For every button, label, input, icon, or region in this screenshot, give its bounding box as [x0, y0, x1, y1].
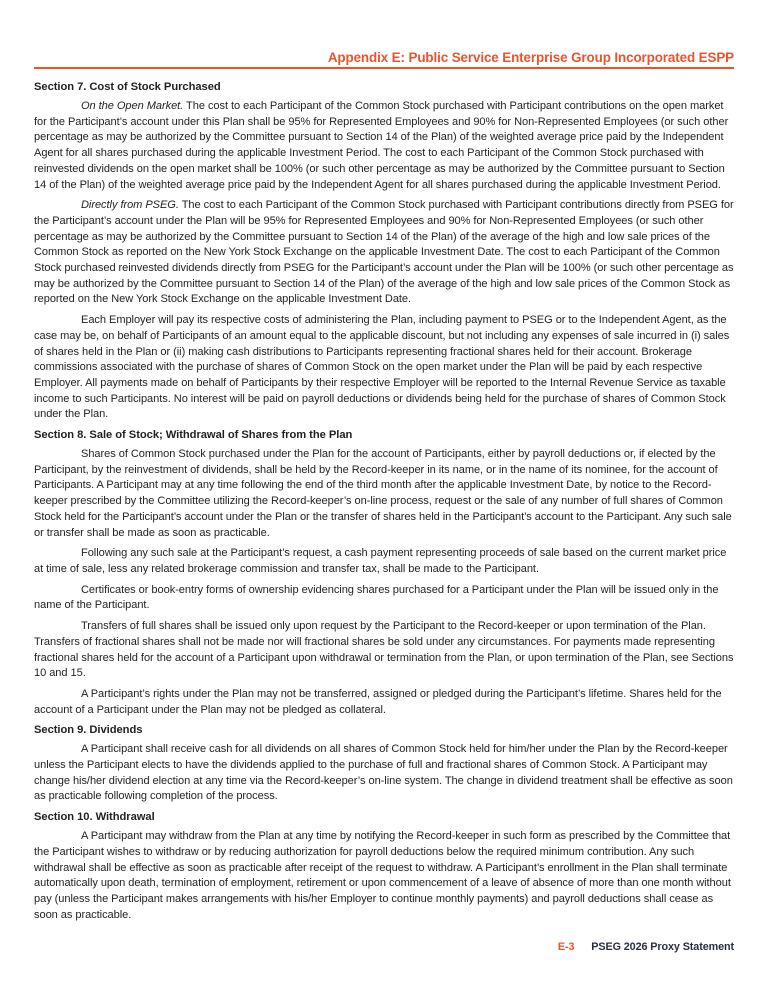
section-9: Section 9. Dividends A Participant shall…	[34, 723, 736, 805]
section-heading: Section 10. Withdrawal	[34, 810, 736, 825]
paragraph-text: The cost to each Participant of the Comm…	[34, 100, 728, 191]
document-body: Section 7. Cost of Stock Purchased On th…	[34, 80, 736, 928]
section-heading: Section 7. Cost of Stock Purchased	[34, 80, 736, 95]
paragraph: Directly from PSEG. The cost to each Par…	[34, 198, 736, 308]
section-10: Section 10. Withdrawal A Participant may…	[34, 810, 736, 923]
paragraph-text: A Participant may withdraw from the Plan…	[34, 830, 731, 921]
paragraph-lead: Directly from PSEG.	[81, 199, 179, 211]
section-8: Section 8. Sale of Stock; Withdrawal of …	[34, 428, 736, 718]
paragraph: On the Open Market. The cost to each Par…	[34, 99, 736, 193]
document-name: PSEG 2026 Proxy Statement	[591, 941, 734, 953]
paragraph: Following any such sale at the Participa…	[34, 546, 736, 577]
paragraph-text: Transfers of full shares shall be issued…	[34, 620, 733, 679]
section-7: Section 7. Cost of Stock Purchased On th…	[34, 80, 736, 423]
paragraph-text: Shares of Common Stock purchased under t…	[34, 448, 732, 539]
paragraph-text: The cost to each Participant of the Comm…	[34, 199, 734, 305]
paragraph: A Participant shall receive cash for all…	[34, 742, 736, 805]
paragraph: Transfers of full shares shall be issued…	[34, 619, 736, 682]
section-heading: Section 9. Dividends	[34, 723, 736, 738]
paragraph: A Participant may withdraw from the Plan…	[34, 829, 736, 923]
paragraph-text: Certificates or book-entry forms of owne…	[34, 584, 718, 612]
header-divider	[34, 67, 734, 69]
paragraph-text: Following any such sale at the Participa…	[34, 547, 726, 575]
page-header: Appendix E: Public Service Enterprise Gr…	[34, 50, 734, 66]
page-number: E-3	[558, 941, 575, 953]
section-heading: Section 8. Sale of Stock; Withdrawal of …	[34, 428, 736, 443]
paragraph-text: A Participant shall receive cash for all…	[34, 743, 733, 802]
paragraph-lead: On the Open Market.	[81, 100, 183, 112]
paragraph: Shares of Common Stock purchased under t…	[34, 447, 736, 541]
appendix-title: Appendix E: Public Service Enterprise Gr…	[34, 50, 734, 66]
paragraph-text: A Participant’s rights under the Plan ma…	[34, 688, 722, 716]
paragraph-text: Each Employer will pay its respective co…	[34, 314, 729, 420]
paragraph: Each Employer will pay its respective co…	[34, 313, 736, 423]
paragraph: Certificates or book-entry forms of owne…	[34, 583, 736, 614]
page-footer: E-3 PSEG 2026 Proxy Statement	[558, 941, 734, 953]
paragraph: A Participant’s rights under the Plan ma…	[34, 687, 736, 718]
